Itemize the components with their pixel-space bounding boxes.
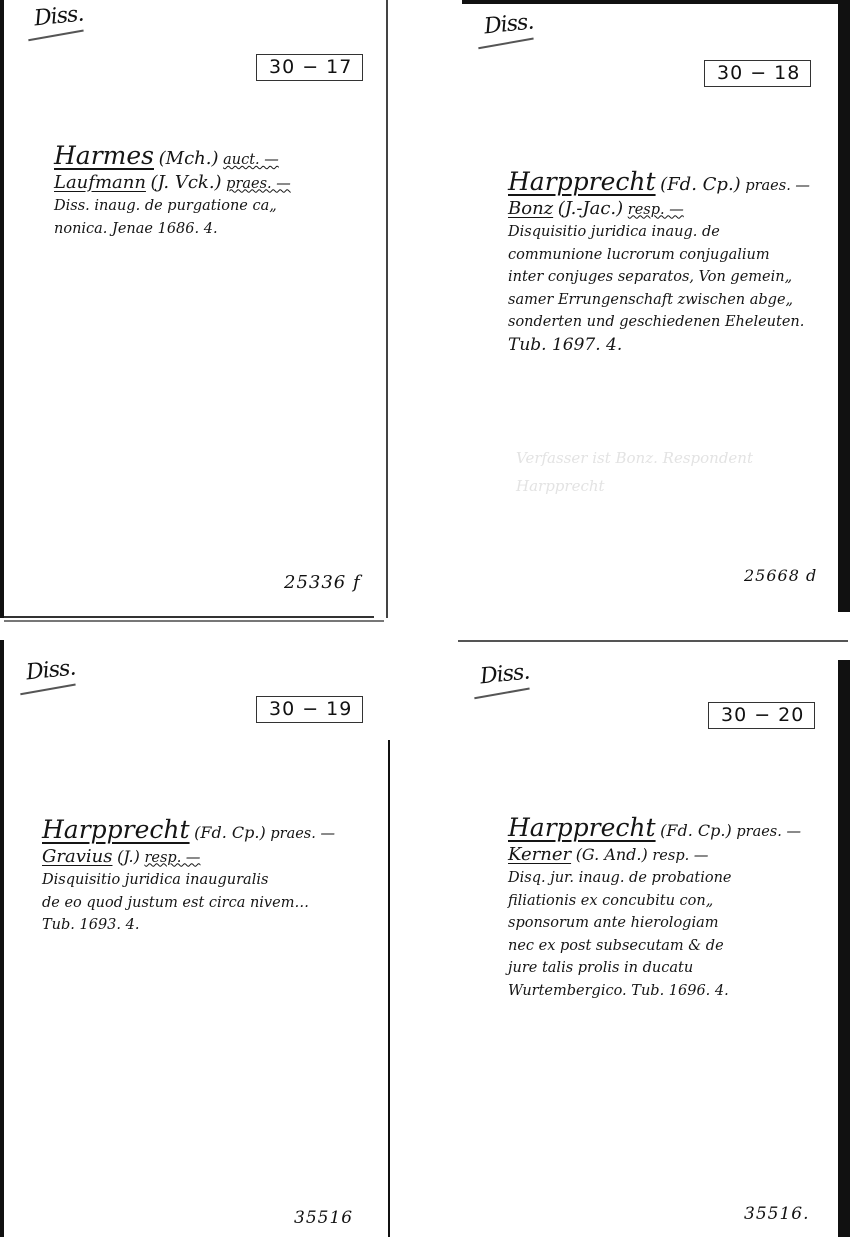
respondent-line: Gravius (J.) resp. — [42, 846, 335, 870]
author-initials: (Fd. Cp.) [194, 823, 266, 842]
author-role: praes. — [745, 178, 810, 194]
author-initials: (Fd. Cp.) [660, 821, 732, 840]
second-name: Gravius [42, 846, 112, 867]
title-line: sonderten und geschiedenen Eheleuten. [508, 311, 810, 334]
call-number: 30 − 20 [708, 702, 815, 729]
title-line: inter conjuges separatos, Von gemein„ [508, 266, 810, 289]
erased-note: Verfasser ist Bonz. Respondent Harpprech… [516, 444, 753, 500]
title-line: Disquisitio juridica inaug. de [508, 221, 810, 244]
title-line: de eo quod justum est circa nivem… [42, 892, 335, 915]
catalog-card-30-19: Diss. 30 − 19 Harpprecht (Fd. Cp.) praes… [4, 640, 388, 1237]
card-edge [4, 616, 374, 618]
title-line: Tub. 1693. 4. [42, 914, 335, 937]
catalog-card-30-17: Diss. 30 − 17 Harmes (Mch.) auct. — Lauf… [4, 0, 388, 618]
catalog-card-30-18: Diss. 30 − 18 Harpprecht (Fd. Cp.) praes… [462, 4, 838, 610]
catalog-card-30-20: Diss. 30 − 20 Harpprecht (Fd. Cp.) praes… [458, 640, 838, 1237]
call-number: 30 − 19 [256, 696, 363, 723]
title-line: Diss. inaug. de purgatione ca„ [54, 195, 291, 218]
card-entry: Harpprecht (Fd. Cp.) praes. — Gravius (J… [42, 816, 335, 937]
author-role: praes. — [270, 826, 335, 842]
scan-edge-right [838, 0, 850, 612]
card-entry: Harmes (Mch.) auct. — Laufmann (J. Vck.)… [54, 142, 291, 240]
second-initials: (G. And.) [576, 845, 648, 864]
scan-edge-right-lower [838, 660, 850, 1237]
title-line: jure talis prolis in ducatu [508, 957, 801, 980]
author-initials: (Mch.) [159, 148, 219, 169]
title-line: samer Errungenschaft zwischen abge„ [508, 289, 810, 312]
second-role: resp. — [628, 202, 684, 218]
author-role: auct. — [223, 152, 279, 168]
diss-mark: Diss. [479, 659, 531, 689]
respondent-line: Bonz (J.-Jac.) resp. — [508, 198, 810, 222]
author-line: Harpprecht (Fd. Cp.) praes. — [508, 814, 801, 844]
second-role: praes. — [226, 176, 291, 192]
erased-note-line: Verfasser ist Bonz. Respondent [516, 444, 753, 472]
author-initials: (Fd. Cp.) [660, 174, 741, 195]
accession-number: 25336 f [284, 572, 361, 593]
second-role: resp. — [144, 850, 200, 866]
accession-number: 25668 d [744, 566, 817, 585]
title-line: Disquisitio juridica inauguralis [42, 869, 335, 892]
card-edge [4, 620, 384, 622]
title-line: filiationis ex concubitu con„ [508, 890, 801, 913]
erased-note-line: Harpprecht [516, 472, 753, 500]
diss-mark: Diss. [25, 655, 77, 685]
author-line: Harpprecht (Fd. Cp.) praes. — [42, 816, 335, 846]
title-line: nec ex post subsecutam & de [508, 935, 801, 958]
author-line: Harmes (Mch.) auct. — [54, 142, 291, 172]
title-line: communione lucrorum conjugalium [508, 244, 810, 267]
second-role: resp. — [652, 848, 708, 864]
call-number: 30 − 17 [256, 54, 363, 81]
title-line: Wurtembergico. Tub. 1696. 4. [508, 980, 801, 1003]
title-line: nonica. Jenae 1686. 4. [54, 218, 291, 241]
author-role: praes. — [736, 824, 801, 840]
diss-mark: Diss. [483, 9, 535, 39]
title-line: Tub. 1697. 4. [508, 334, 810, 357]
call-number: 30 − 18 [704, 60, 811, 87]
author-line: Harpprecht (Fd. Cp.) praes. — [508, 168, 810, 198]
second-initials: (J. Vck.) [151, 172, 222, 193]
author-name: Harpprecht [508, 167, 656, 196]
card-edge [458, 640, 848, 642]
second-initials: (J.-Jac.) [558, 198, 623, 219]
author-name: Harpprecht [508, 813, 656, 842]
author-name: Harpprecht [42, 815, 190, 844]
second-name: Laufmann [54, 172, 146, 193]
author-name: Harmes [54, 141, 154, 170]
second-name: Kerner [508, 844, 571, 865]
card-entry: Harpprecht (Fd. Cp.) praes. — Kerner (G.… [508, 814, 801, 1002]
respondent-line: Laufmann (J. Vck.) praes. — [54, 172, 291, 196]
respondent-line: Kerner (G. And.) resp. — [508, 844, 801, 868]
second-name: Bonz [508, 198, 553, 219]
accession-number: 35516 [294, 1208, 353, 1228]
title-line: sponsorum ante hierologiam [508, 912, 801, 935]
title-line: Disq. jur. inaug. de probatione [508, 867, 801, 890]
second-initials: (J.) [117, 847, 140, 866]
accession-number: 35516. [744, 1204, 809, 1224]
card-edge [386, 0, 388, 618]
diss-mark: Diss. [33, 1, 85, 31]
card-entry: Harpprecht (Fd. Cp.) praes. — Bonz (J.-J… [508, 168, 810, 356]
